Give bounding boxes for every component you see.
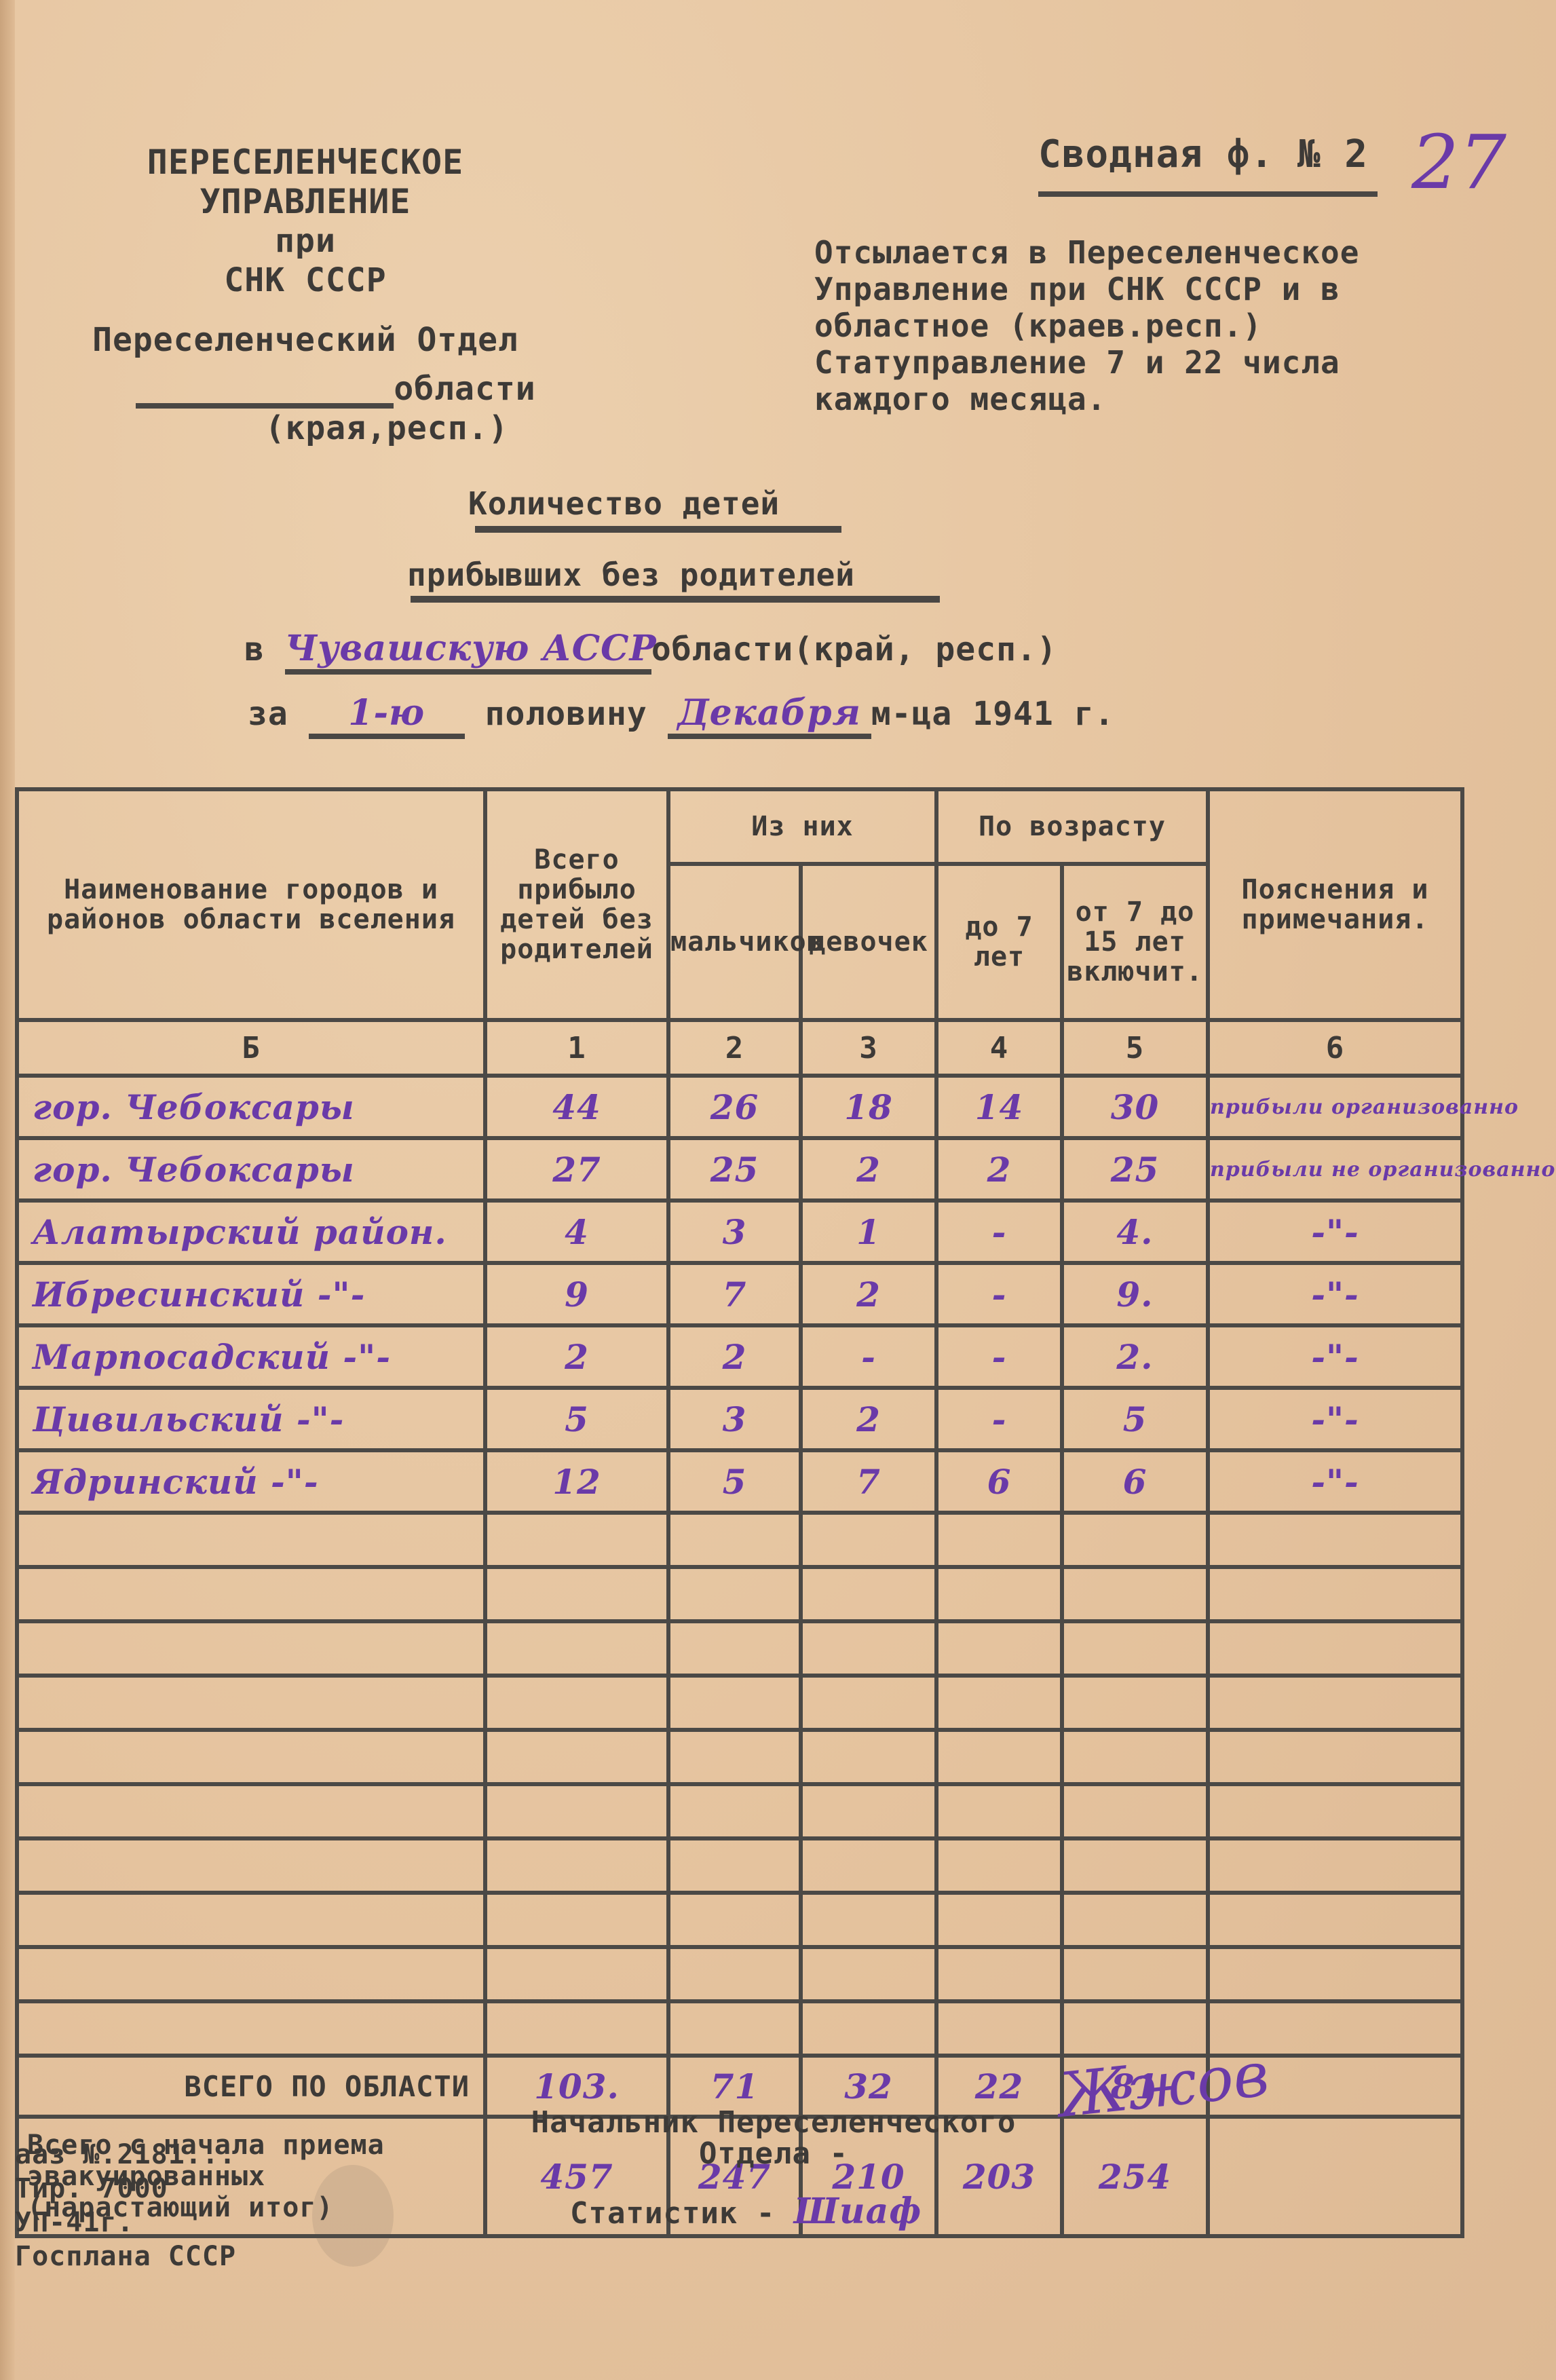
empty-cell xyxy=(17,1947,485,2001)
table-row: гор. Чебоксары 27 25 2 2 25 прибыли не о… xyxy=(17,1138,1462,1201)
empty-cell xyxy=(1208,1784,1462,1838)
boys-value: 7 xyxy=(668,1263,801,1325)
note-value: -"- xyxy=(1208,1450,1462,1513)
period-prefix: за xyxy=(248,695,288,733)
header-notes: Пояснения и примечания. xyxy=(1208,789,1462,1020)
header-total: Всего прибыло детей без родителей xyxy=(485,789,668,1020)
submission-instructions: Отсылается в Переселенческое Управление … xyxy=(814,234,1466,417)
age7-15-value: 30 xyxy=(1062,1076,1208,1138)
faint-stamp-mark xyxy=(312,2165,394,2267)
empty-cell xyxy=(668,1621,801,1676)
print-year: УП-41г. xyxy=(15,2206,236,2240)
region-suffix: области(край, респ.) xyxy=(651,630,1057,668)
column-number-row: Б 1 2 3 4 5 6 xyxy=(17,1020,1462,1076)
empty-cell xyxy=(801,2001,936,2056)
empty-cell xyxy=(801,1730,936,1784)
girls-value: 2 xyxy=(801,1138,936,1201)
document-title-line-1: Количество детей xyxy=(468,485,780,522)
under7-value: 6 xyxy=(936,1450,1062,1513)
boys-value: 2 xyxy=(668,1325,801,1388)
empty-cell xyxy=(485,2001,668,2056)
empty-cell xyxy=(1062,1730,1208,1784)
period-line: за 1-ю половину Декабрям-ца 1941 г. xyxy=(248,692,1114,739)
column-number: 4 xyxy=(936,1020,1062,1076)
district-name: Марпосадский -"- xyxy=(17,1325,485,1388)
print-run-count: Тир. 7000 xyxy=(15,2172,236,2206)
print-run-info: ааз №.2181... Тир. 7000 УП-41г. Госплана… xyxy=(15,2138,236,2273)
empty-table-row xyxy=(17,1621,1462,1676)
district-name: Ибресинский -"- xyxy=(17,1263,485,1325)
empty-cell xyxy=(936,1730,1062,1784)
empty-cell xyxy=(668,1676,801,1730)
kray-resp-label: (края,респ.) xyxy=(41,409,570,448)
empty-cell xyxy=(17,1567,485,1621)
column-number: 1 xyxy=(485,1020,668,1076)
region-line: в Чувашскую АССРобласти(край, респ.) xyxy=(244,628,1057,675)
empty-cell xyxy=(801,1947,936,2001)
empty-cell xyxy=(936,1784,1062,1838)
empty-table-row xyxy=(17,1947,1462,2001)
title-underline-1 xyxy=(475,526,841,533)
empty-table-row xyxy=(17,1838,1462,1893)
empty-cell xyxy=(17,1730,485,1784)
table-row: Цивильский -"- 5 3 2 - 5 -"- xyxy=(17,1388,1462,1450)
empty-cell xyxy=(485,1567,668,1621)
empty-cell xyxy=(485,1838,668,1893)
total-value: 2 xyxy=(485,1325,668,1388)
header-girls: девочек xyxy=(801,864,936,1020)
empty-cell xyxy=(1062,1513,1208,1567)
empty-cell xyxy=(936,1621,1062,1676)
empty-cell xyxy=(1062,1621,1208,1676)
empty-cell xyxy=(17,2001,485,2056)
district-name: Ядринский -"- xyxy=(17,1450,485,1513)
boys-value: 26 xyxy=(668,1076,801,1138)
table-row: Ядринский -"- 12 5 7 6 6 -"- xyxy=(17,1450,1462,1513)
boys-value: 5 xyxy=(668,1450,801,1513)
under7-value: - xyxy=(936,1325,1062,1388)
empty-cell xyxy=(17,1621,485,1676)
period-suffix: м-ца 1941 г. xyxy=(871,695,1115,733)
oblast-blank-field xyxy=(136,403,394,409)
age7-15-value: 25 xyxy=(1062,1138,1208,1201)
region-field: Чувашскую АССР xyxy=(285,628,651,675)
note-value: -"- xyxy=(1208,1201,1462,1263)
children-arrivals-table: Наименование городов и районов области в… xyxy=(15,787,1460,2238)
column-number: Б xyxy=(17,1020,485,1076)
girls-value: 2 xyxy=(801,1263,936,1325)
empty-cell xyxy=(801,1513,936,1567)
empty-cell xyxy=(801,1676,936,1730)
empty-cell xyxy=(1062,1947,1208,2001)
empty-cell xyxy=(1208,1567,1462,1621)
oblast-label: области xyxy=(394,370,535,408)
column-number: 3 xyxy=(801,1020,936,1076)
period-half-value: 1-ю xyxy=(348,692,425,734)
girls-value: - xyxy=(801,1325,936,1388)
statistician-label: Статистик - xyxy=(570,2196,775,2231)
header-7-to-15: от 7 до 15 лет включит. xyxy=(1062,864,1208,1020)
age7-15-value: 9. xyxy=(1062,1263,1208,1325)
empty-cell xyxy=(668,1567,801,1621)
period-month-value: Декабря xyxy=(677,692,861,734)
header-of-them: Из них xyxy=(668,789,936,864)
authority-line-2: УПРАВЛЕНИЕ xyxy=(41,182,570,221)
region-value: Чувашскую АССР xyxy=(285,628,657,669)
under7-value: - xyxy=(936,1388,1062,1450)
under7-value: 2 xyxy=(936,1138,1062,1201)
empty-cell xyxy=(1208,1621,1462,1676)
city-name: гор. Чебоксары xyxy=(17,1138,485,1201)
page-binding-edge xyxy=(0,0,15,2380)
empty-cell xyxy=(801,1784,936,1838)
empty-table-row xyxy=(17,1730,1462,1784)
total-value: 4 xyxy=(485,1201,668,1263)
note-value: прибыли организованно xyxy=(1208,1076,1462,1138)
empty-cell xyxy=(936,1513,1062,1567)
empty-cell xyxy=(668,1947,801,2001)
empty-table-row xyxy=(17,1676,1462,1730)
empty-cell xyxy=(485,1730,668,1784)
empty-cell xyxy=(801,1893,936,1947)
empty-cell xyxy=(801,1567,936,1621)
header-by-age: По возрасту xyxy=(936,789,1208,864)
empty-cell xyxy=(936,1567,1062,1621)
empty-cell xyxy=(17,1784,485,1838)
document-title-line-2: прибывших без родителей xyxy=(407,556,855,593)
form-identifier-underline xyxy=(1038,191,1378,197)
empty-table-row xyxy=(17,1513,1462,1567)
print-publisher: Госплана СССР xyxy=(15,2240,236,2273)
header-under-7: до 7 лет xyxy=(936,864,1062,1020)
empty-table-row xyxy=(17,1567,1462,1621)
girls-value: 7 xyxy=(801,1450,936,1513)
empty-cell xyxy=(485,1784,668,1838)
boys-value: 3 xyxy=(668,1201,801,1263)
empty-cell xyxy=(668,1730,801,1784)
empty-cell xyxy=(936,1893,1062,1947)
table-row: Алатырский район. 4 3 1 - 4. -"- xyxy=(17,1201,1462,1263)
total-value: 12 xyxy=(485,1450,668,1513)
cumulative-total-note xyxy=(1208,2117,1462,2236)
empty-cell xyxy=(485,1621,668,1676)
oblast-total-label: ВСЕГО ПО ОБЛАСТИ xyxy=(17,2056,485,2117)
empty-cell xyxy=(936,1838,1062,1893)
empty-cell xyxy=(1208,1730,1462,1784)
header-name: Наименование городов и районов области в… xyxy=(17,789,485,1020)
empty-cell xyxy=(936,2001,1062,2056)
girls-value: 18 xyxy=(801,1076,936,1138)
print-order-number: ааз №.2181... xyxy=(15,2138,236,2172)
header-boys: мальчиков xyxy=(668,864,801,1020)
note-value: -"- xyxy=(1208,1325,1462,1388)
cumulative-total-7-15: 254 xyxy=(1062,2117,1208,2236)
under7-value: - xyxy=(936,1201,1062,1263)
column-number: 5 xyxy=(1062,1020,1208,1076)
empty-table-row xyxy=(17,1893,1462,1947)
table-row: Марпосадский -"- 2 2 - - 2. -"- xyxy=(17,1325,1462,1388)
girls-value: 1 xyxy=(801,1201,936,1263)
empty-cell xyxy=(668,1513,801,1567)
empty-cell xyxy=(1062,1838,1208,1893)
boys-value: 25 xyxy=(668,1138,801,1201)
empty-cell xyxy=(1062,1676,1208,1730)
empty-cell xyxy=(485,1893,668,1947)
empty-cell xyxy=(485,1947,668,2001)
district-name: Алатырский район. xyxy=(17,1201,485,1263)
column-number: 6 xyxy=(1208,1020,1462,1076)
empty-cell xyxy=(485,1676,668,1730)
form-identifier: Сводная ф. № 2 xyxy=(1038,132,1368,176)
empty-cell xyxy=(17,1676,485,1730)
title-underline-2 xyxy=(411,596,940,603)
oblast-line: области xyxy=(41,369,570,409)
girls-value: 2 xyxy=(801,1388,936,1450)
empty-cell xyxy=(668,1893,801,1947)
district-name: Цивильский -"- xyxy=(17,1388,485,1450)
total-value: 27 xyxy=(485,1138,668,1201)
empty-cell xyxy=(1208,1947,1462,2001)
empty-cell xyxy=(1208,1893,1462,1947)
under7-value: - xyxy=(936,1263,1062,1325)
empty-cell xyxy=(668,1838,801,1893)
age7-15-value: 6 xyxy=(1062,1450,1208,1513)
column-number: 2 xyxy=(668,1020,801,1076)
age7-15-value: 2. xyxy=(1062,1325,1208,1388)
period-month-field: Декабря xyxy=(668,692,871,739)
note-value: -"- xyxy=(1208,1263,1462,1325)
empty-cell xyxy=(936,1947,1062,2001)
total-value: 9 xyxy=(485,1263,668,1325)
department-line: Переселенческий Отдел xyxy=(41,320,570,360)
empty-cell xyxy=(17,1513,485,1567)
table-row: Ибресинский -"- 9 7 2 - 9. -"- xyxy=(17,1263,1462,1325)
empty-cell xyxy=(668,1784,801,1838)
period-half-field: 1-ю xyxy=(309,692,465,739)
note-value: -"- xyxy=(1208,1388,1462,1450)
empty-cell xyxy=(801,1621,936,1676)
empty-table-row xyxy=(17,1784,1462,1838)
empty-cell xyxy=(1208,1676,1462,1730)
total-value: 5 xyxy=(485,1388,668,1450)
note-value: прибыли не организованно xyxy=(1208,1138,1462,1201)
empty-cell xyxy=(936,1676,1062,1730)
empty-cell xyxy=(1062,1567,1208,1621)
empty-cell xyxy=(668,2001,801,2056)
boys-value: 3 xyxy=(668,1388,801,1450)
authority-line-4: СНК СССР xyxy=(41,261,570,300)
page-number: 27 xyxy=(1411,119,1506,206)
region-prefix: в xyxy=(244,630,265,668)
under7-value: 14 xyxy=(936,1076,1062,1138)
statistician-line: Статистик - Шиаф xyxy=(570,2191,922,2232)
empty-cell xyxy=(801,1838,936,1893)
empty-cell xyxy=(1208,1513,1462,1567)
age7-15-value: 4. xyxy=(1062,1201,1208,1263)
empty-cell xyxy=(17,1838,485,1893)
age7-15-value: 5 xyxy=(1062,1388,1208,1450)
authority-line-3: при xyxy=(41,221,570,261)
issuing-authority-block: ПЕРЕСЕЛЕНЧЕСКОЕ УПРАВЛЕНИЕ при СНК СССР … xyxy=(41,143,570,448)
empty-cell xyxy=(1062,1893,1208,1947)
department-head-label: Начальник Переселенческого Отдела - xyxy=(475,2107,1072,2170)
statistician-signature: Шиаф xyxy=(794,2191,922,2232)
table-row: гор. Чебоксары 44 26 18 14 30 прибыли ор… xyxy=(17,1076,1462,1138)
authority-line-1: ПЕРЕСЕЛЕНЧЕСКОЕ xyxy=(41,143,570,182)
city-name: гор. Чебоксары xyxy=(17,1076,485,1138)
empty-cell xyxy=(1062,1784,1208,1838)
period-mid: половину xyxy=(485,695,647,733)
empty-cell xyxy=(485,1513,668,1567)
empty-cell xyxy=(1208,1838,1462,1893)
empty-cell xyxy=(17,1893,485,1947)
total-value: 44 xyxy=(485,1076,668,1138)
